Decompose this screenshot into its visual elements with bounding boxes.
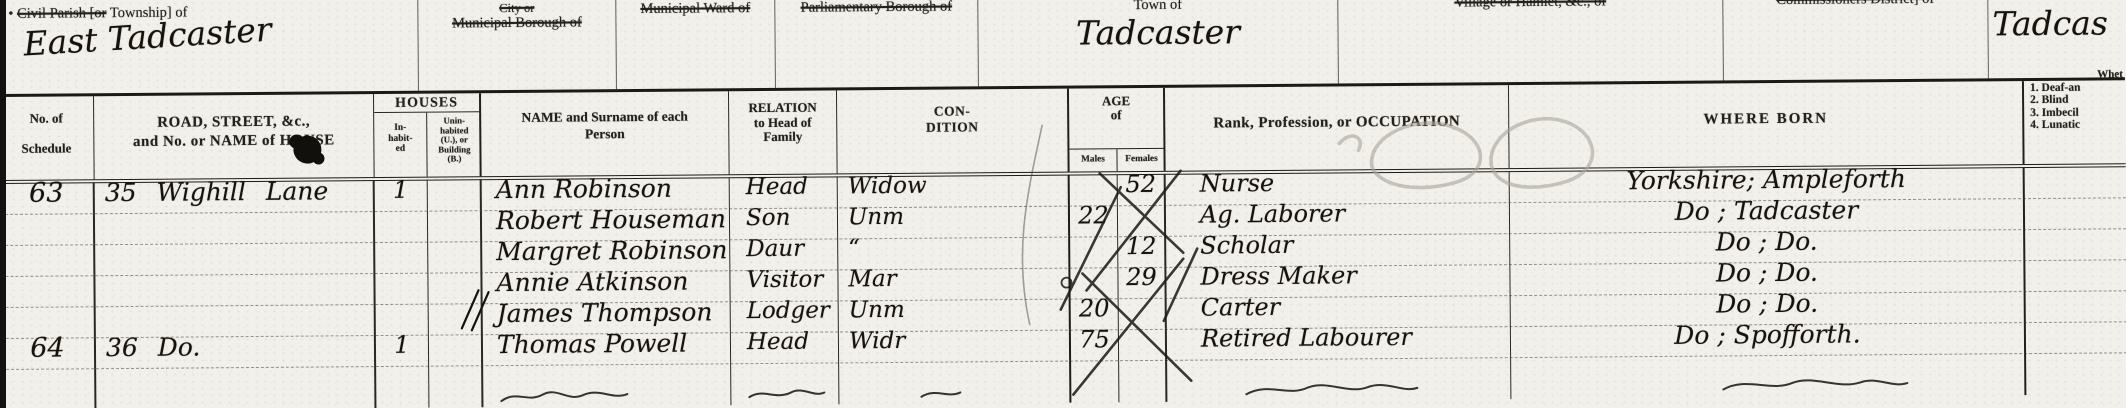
where-born-value: Do ; Do. [1511,286,2024,321]
commissioners-district-cell: Commissioners District] of [1723,0,1989,80]
header-name-line1: NAME and Surname of each [481,107,728,126]
inhabited-value: 1 [376,330,428,361]
civil-parish-cell: • Civil Parish [or Township] of East Tad… [0,0,419,94]
village-hamlet-cell: Village or Hamlet, &c., of [1338,0,1724,83]
town-cell: Town of Tadcaster [978,0,1339,86]
header-disabilities-line1: 1. Deaf-an [2030,81,2125,94]
municipal-borough-cell: City or Municipal Borough of [418,0,617,91]
inhabited-value: 1 [375,175,427,206]
address-value: 36 Do. [96,330,374,363]
occupation-value: Dress Maker [1166,259,1509,293]
header-houses-title: HOUSES [374,93,479,113]
person-name: Robert Houseman [482,203,729,236]
header-schedule-number: No. of Schedule [0,96,95,180]
bullet-mark: • [8,6,13,22]
header-condition-line2: DITION [837,119,1067,137]
relation-value: Visitor [730,264,837,296]
town-handwritten-value: Tadcaster [978,11,1337,53]
municipal-ward-cell: Municipal Ward of [616,0,776,89]
age-female-value: 12 [1118,231,1164,262]
person-name: Annie Atkinson [482,265,729,298]
occupation-value: Nurse [1166,166,1509,200]
relation-value: Head [730,171,837,203]
age-male-value: 20 [1071,293,1118,324]
header-where-born: WHERE BORN [1509,81,2025,168]
header-disabilities-line3: 3. Imbecil [2030,106,2125,119]
condition-value: “ [838,232,1068,265]
age-male-value: 75 [1071,324,1118,355]
header-condition-line1: CON- [837,103,1067,121]
header-houses-group: HOUSES In- habit- ed Unin- habited (U.),… [374,93,482,177]
condition-value: Mar [838,263,1068,296]
header-schedule-line2: Schedule [0,140,93,157]
census-table: No. of Schedule ROAD, STREET, &c., and N… [0,77,2126,408]
age-male-value: 22 [1070,200,1117,231]
occupation-value: Carter [1167,290,1510,324]
header-relation-line1: RELATION [729,100,836,115]
header-age-males: Males [1069,149,1117,171]
header-inhabited-line3: ed [374,144,426,155]
header-age-females: Females [1117,149,1165,171]
where-born-value: Do ; Do. [1510,255,2023,290]
parliamentary-borough-struck-text: Parliamentary Borough of [775,0,977,16]
header-road-line1: ROAD, STREET, &c., [94,112,373,133]
relation-value: Daur [730,233,837,265]
header-name-line2: Person [481,124,728,143]
person-name: James Thompson [483,296,730,329]
header-schedule-line1: No. of [0,110,93,127]
condition-value: Widow [838,170,1068,203]
age-female-value: 29 [1118,262,1164,293]
occupation-value: Ag. Laborer [1166,197,1509,231]
relation-value: Head [731,326,838,358]
person-name: Thomas Powell [483,327,730,360]
header-inhabited-line1: In- [374,123,426,134]
person-name: Margret Robinson [482,234,729,267]
header-disabilities-line4: 4. Lunatic [2030,118,2125,131]
condition-value: Widr [839,325,1069,358]
person-name: Ann Robinson [482,172,729,205]
where-born-value: Do ; Do. [1510,224,2023,259]
header-occupation: Rank, Profession, or OCCUPATION [1165,85,1510,171]
header-inhabited-line2: habit- [374,133,426,144]
header-road-line2: and No. or NAME of HOUSE [94,131,373,152]
commissioners-district-struck-text: Commissioners District] of [1723,0,1987,8]
parliamentary-borough-cell: Parliamentary Borough of [775,0,979,88]
page-left-border [0,0,6,408]
header-name-surname: NAME and Surname of each Person [481,91,730,176]
municipal-borough-struck-text: Municipal Borough of [418,14,615,32]
header-disabilities-line2: 2. Blind [2030,93,2125,106]
where-born-value: Yorkshire; Ampleforth [1510,162,2023,197]
ecclesiastical-handwritten-value: Tadcas [1988,3,2124,43]
header-road-street: ROAD, STREET, &c., and No. or NAME of HO… [94,94,375,179]
header-relation: RELATION to Head of Family [729,90,838,174]
municipal-ward-struck-text: Municipal Ward of [616,0,774,17]
header-relation-line3: Family [729,129,836,144]
header-age-group: AGE of Males Females [1069,88,1166,172]
header-disabilities-line0: Whet [2030,68,2125,81]
header-condition: CON- DITION [837,89,1070,174]
census-form-scan: • Civil Parish [or Township] of East Tad… [0,0,2126,408]
schedule-number: 63 [0,177,93,209]
where-born-value: Do ; Tadcaster [1510,193,2023,228]
occupation-value: Scholar [1166,228,1509,262]
relation-value: Lodger [731,295,838,327]
header-uninhabited-line5: (B.) [427,155,481,165]
header-uninhabited: Unin- habited (U.), or Building (B.) [427,112,482,176]
header-inhabited: In- habit- ed [374,113,428,177]
age-female-value: 52 [1118,169,1164,200]
header-disabilities: Whet 1. Deaf-an 2. Blind 3. Imbecil 4. L… [2024,68,2126,164]
where-born-value: Do ; Spofforth. [1511,317,2024,352]
occupation-value: Retired Labourer [1167,321,1510,355]
ecclesiastical-district-cell: Ecclesiastical Di Tadcas [1988,0,2125,78]
relation-value: Son [730,202,837,234]
scan-tilt-wrapper: • Civil Parish [or Township] of East Tad… [0,0,2126,408]
address-value: 35 Wighill Lane [95,175,373,208]
schedule-number: 64 [1,332,94,364]
village-hamlet-struck-text: Village or Hamlet, &c., of [1338,0,1722,11]
header-age-line2: of [1069,108,1163,123]
condition-value: Unm [838,201,1068,234]
condition-value: Unm [839,294,1069,327]
